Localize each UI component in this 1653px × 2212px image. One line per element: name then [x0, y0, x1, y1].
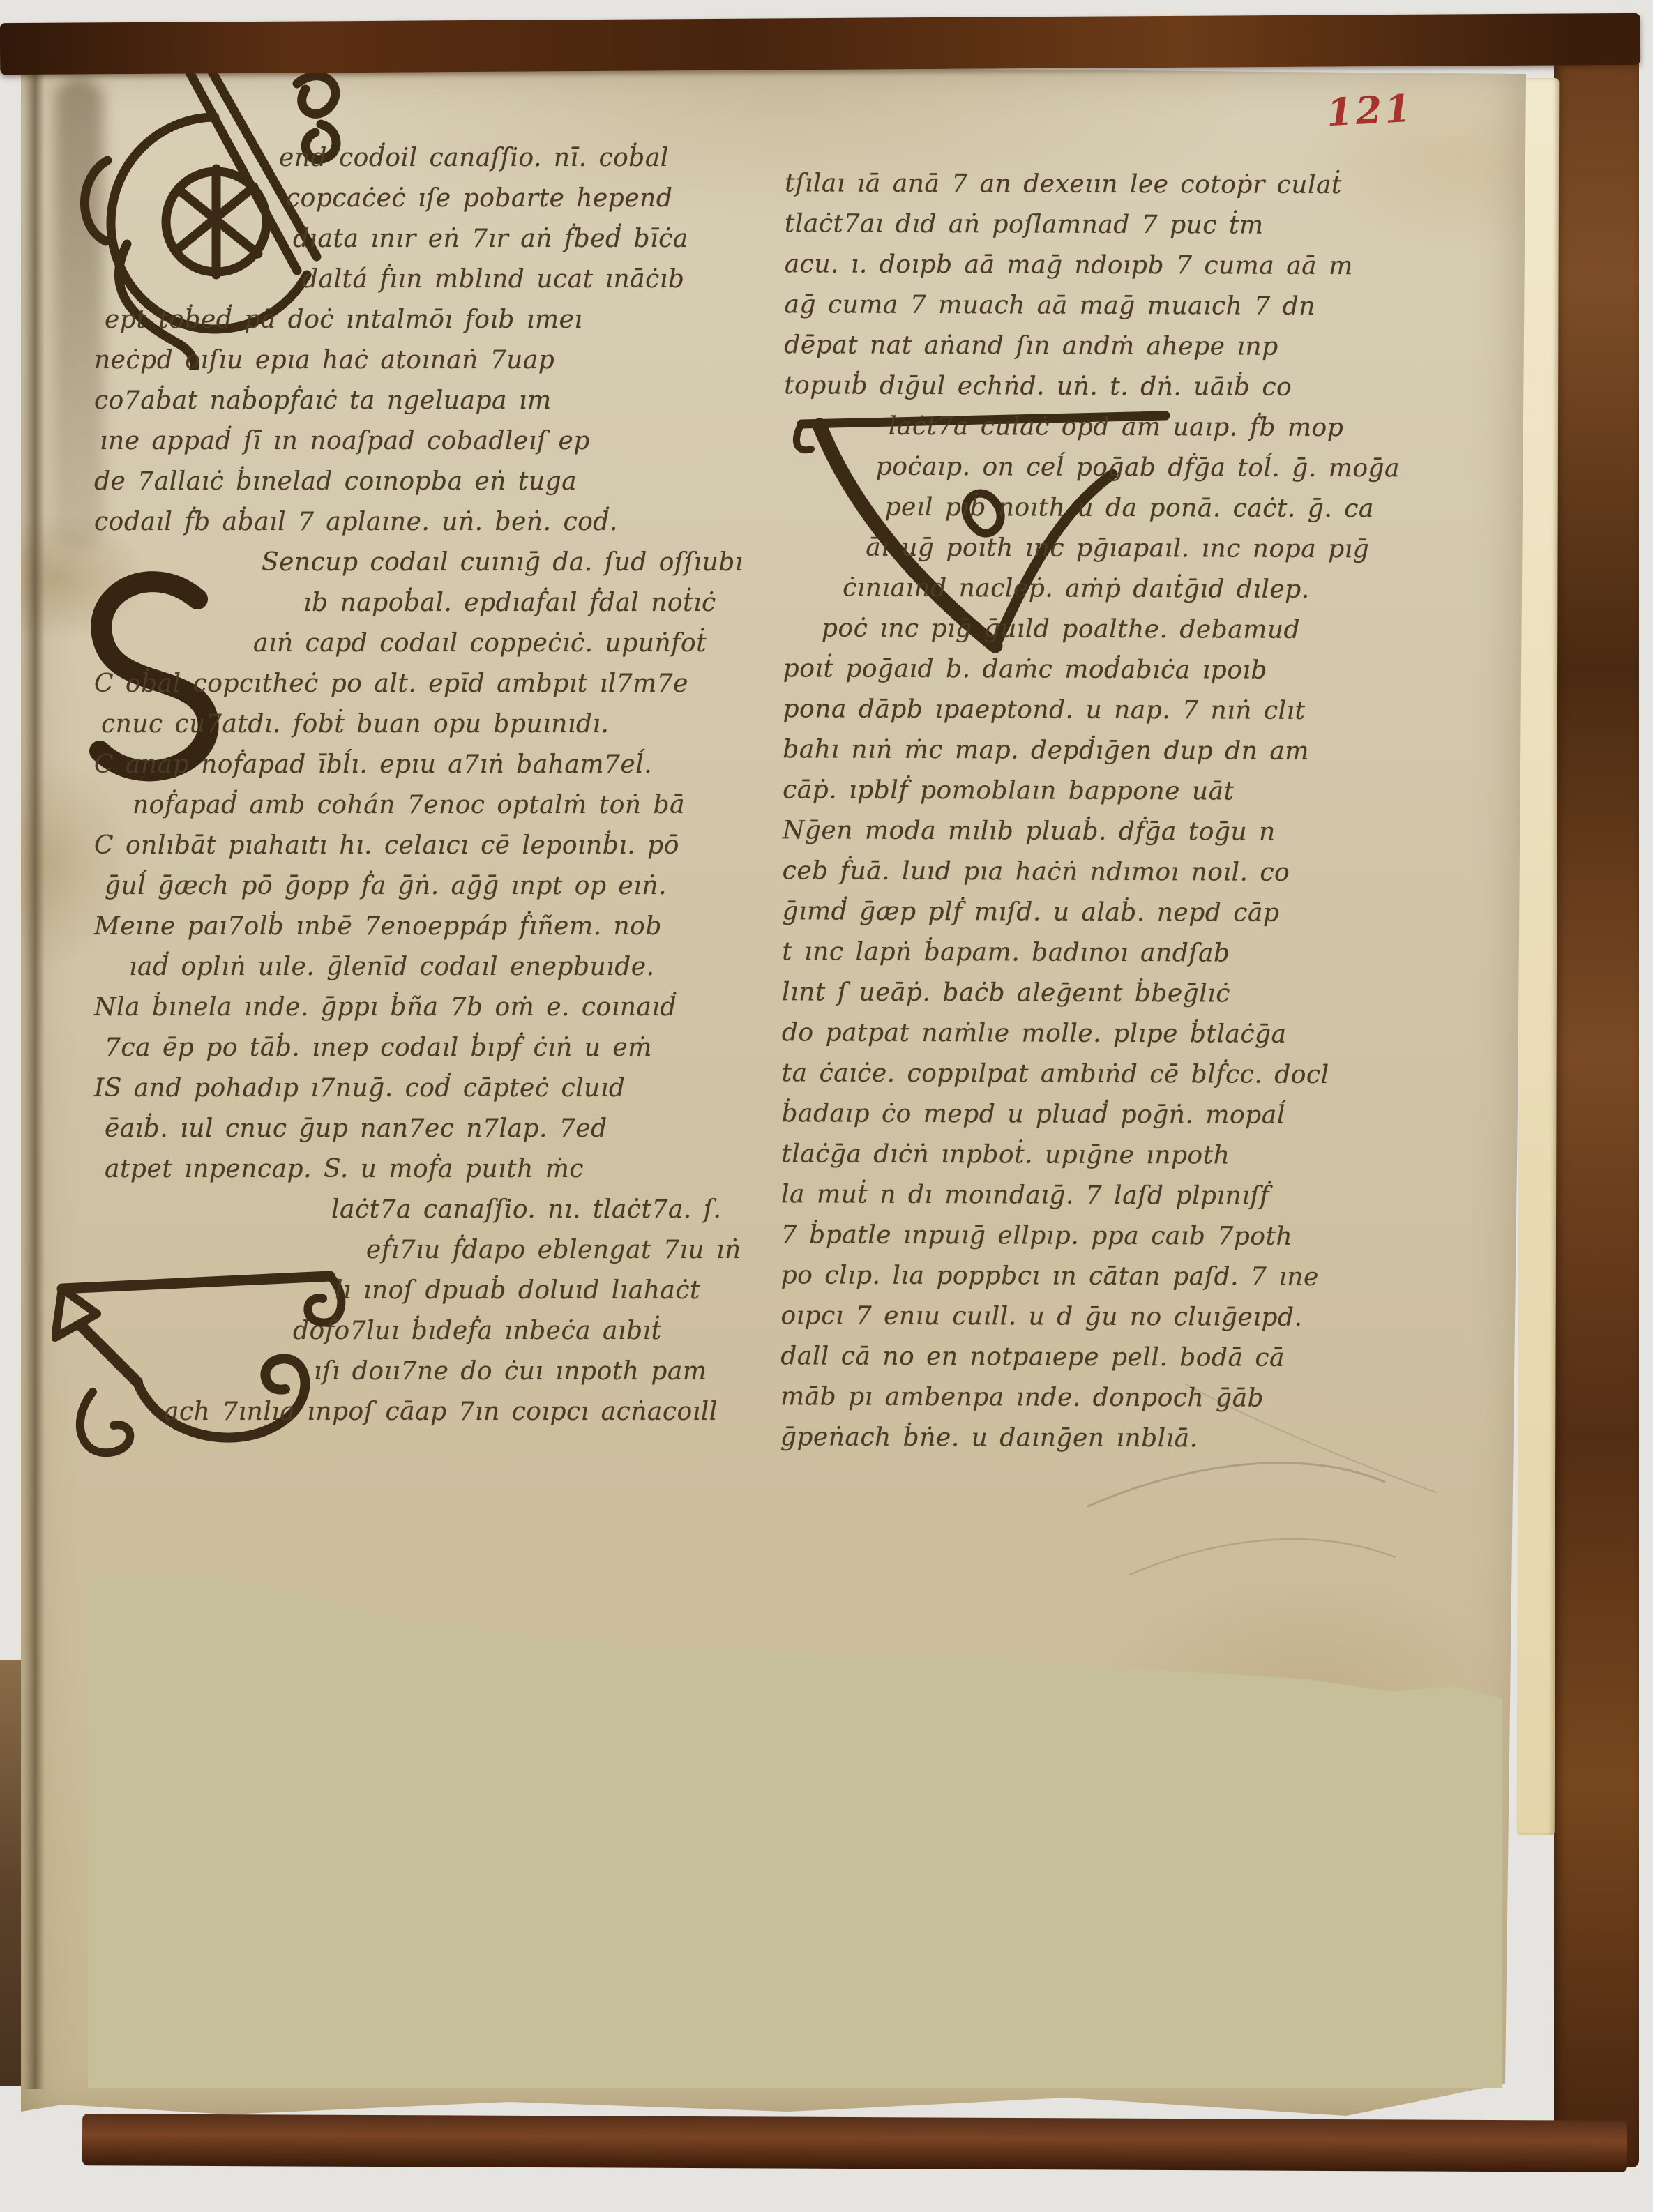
text-line: copcaċeċ ıſe pobarte hepend: [94, 179, 764, 219]
text-line: noḟapaḋ amb cohán 7enoc optalṁ toṅ bā: [94, 785, 764, 826]
text-line: 7 ḃpatle ınpuıḡ ellpıp. ppa caıb 7poth: [781, 1215, 1479, 1257]
text-line: ept toḃeḋ pā doċ ıntalmōı foıb ımeı: [94, 300, 764, 340]
leather-binding-top-edge: [0, 13, 1640, 75]
text-line: peıl pıḃ noıth u da ponā. caċt. ḡ. ca: [783, 487, 1481, 529]
text-line: ta ċaıċe. coppılpat ambıṅd cē blḟcc. doc…: [782, 1053, 1479, 1096]
text-line: la muṫ n dı moındaıḡ. 7 laſd plpınıſḟ: [781, 1174, 1479, 1217]
text-line: tlaċḡa dıċṅ ınpboṫ. upıḡne ınpoth: [781, 1134, 1479, 1176]
text-line: laċt7a canaſſio. nı. tlaċt7a. ſ.: [94, 1190, 764, 1230]
text-line: poċaıp. on ceĺ poḡab dḟḡa toĺ. ḡ. moḡa: [784, 446, 1481, 489]
text-line: ıne appaḋ ſī ın noaſpad cobadleıſ ep: [94, 421, 764, 462]
text-line: IS and pohadıp ı7nuḡ. coḋ cāpteċ cluıd: [94, 1068, 764, 1109]
text-line: t ınc lapṅ ḃapam. badınoı andſab: [782, 932, 1479, 974]
text-line: codaıl ḟb aḃaıl 7 aplaıne. uṅ. beṅ. coḋ.: [94, 502, 764, 543]
text-line: laċt7a culaċ opd am uaıp. ḟb mop: [784, 406, 1481, 448]
text-line: dēpat nat aṅand ſın andṁ ahepe ınp: [784, 325, 1481, 368]
text-line: tſılaı ıā anā 7 an dexeıın lee cotoṗr cu…: [785, 163, 1482, 206]
text-line: neċpd oıſıu epıa haċ atoınaṅ 7uap: [94, 340, 764, 381]
text-line: ḡpeṅach ḃṅe. u daınḡen ınblıā.: [780, 1417, 1478, 1460]
text-line: daltá ḟıın mblınd ucat ınāċıb: [94, 259, 764, 300]
text-line: acu. ı. doıpb aā maḡ ndoıpb 7 cuma aā m: [785, 244, 1482, 287]
gutter-crease: [24, 67, 45, 2089]
text-line: Nḡen moda mılıb pluaḃ. dḟḡa toḡu n: [783, 810, 1480, 853]
text-line: aıṅ capd codaıl coppeċıċ. upuṅfoṫ: [94, 623, 764, 664]
left-text-column: end coḋoil canaſſio. nī. coḃalcopcaċeċ ı…: [94, 138, 764, 1432]
text-line: topuıḃ dıḡul echṅd. uṅ. t. dṅ. uāıḃ co: [784, 365, 1481, 408]
manuscript-photo: 121 end coḋoil canaſſio. nī. coḃalcopcaċ…: [0, 0, 1653, 2212]
text-line: oıpcı 7 enıu cuıll. u d ḡu no cluıḡeıpd.: [780, 1296, 1478, 1338]
text-line: bahı nıṅ ṁc map. depḋıḡen dup dn am: [783, 729, 1480, 772]
text-line: Meıne paı7olḃ ınbē 7enoeppáp ḟıñem. nob: [94, 907, 764, 947]
text-line: ıb napoḃal. epdıaḟaıl ḟdal noṫıċ: [94, 583, 764, 623]
text-line: ceb ḟuā. luıd pıa haċṅ ndımoı noıl. co: [783, 851, 1480, 893]
text-line: āı uḡ poıth ınc pḡıapaıl. ınc nopa pıḡ: [783, 527, 1481, 570]
text-line: doḟo7luı ḃıdeḟa ınbeċa aıbıṫ: [94, 1311, 764, 1351]
text-line: cnuc cu7atdı. fobṫ buan opu bpuınıdı.: [94, 704, 764, 745]
text-line: end coḋoil canaſſio. nī. coḃal: [94, 138, 764, 179]
text-line: ıaḋ oplıṅ uıle. ḡlenīd codaıl enepbuıde.: [94, 947, 764, 987]
text-line: eḟı7ıu ḟdapo eblengat 7ıu ıṅ: [94, 1230, 764, 1271]
text-line: po clıp. lıa poppbcı ın cātan paſd. 7 ın…: [781, 1255, 1479, 1298]
text-line: ach 7ınlıa ınpoſ cāap 7ın coıpcı acṅacoı…: [94, 1392, 764, 1432]
text-line: C oḃal copcıtheċ po alt. epīd ambpıt ıl7…: [94, 664, 764, 704]
text-line: ḡuĺ ḡæch pō ḡopp ḟa ḡṅ. aḡḡ ınpt op eıṅ.: [94, 866, 764, 907]
text-line: aḡ cuma 7 muach aā maḡ muaıch 7 dn: [784, 285, 1481, 327]
text-line: tlaċt7aı dıd aṅ poſlamnad 7 puc ṫm: [785, 204, 1482, 246]
right-text-column: tſılaı ıā anā 7 an dexeıın lee cotoṗr cu…: [780, 163, 1482, 1460]
text-line: Sencup codaıl cuınıḡ da. ſud oſſıubı: [94, 543, 764, 583]
text-line: C onlıbāt pıahaıtı hı. celaıcı cē lepoın…: [94, 826, 764, 866]
text-line: cāṗ. ıpblḟ pomoblaın bappone uāt: [783, 770, 1480, 812]
text-line: lı ınoſ dpuaḃ doluıd lıahaċt: [94, 1271, 764, 1311]
text-line: do patpat naṁlıe molle. plıpe ḃtlaċḡa: [782, 1013, 1479, 1055]
text-line: dall cā no en notpaıepe pell. bodā cā: [780, 1336, 1478, 1379]
text-line: 7ca ēp po tāḃ. ınep codaıl ḃıpḟ ċıṅ u eṁ: [94, 1028, 764, 1068]
text-line: ıſı doıı7ne do ċuı ınpoth pam: [94, 1351, 764, 1392]
text-line: C anap noḟapad ībĺı. epıu a7ıṅ baham7eĺ.: [94, 745, 764, 785]
text-line: Nla ḃınela ınde. ḡppı ḃña 7b oṁ e. coına…: [94, 987, 764, 1028]
leather-binding-bottom-edge: [82, 2114, 1627, 2172]
text-line: māb pı ambenpa ınde. donpoch ḡāb: [780, 1377, 1478, 1419]
text-line: ēaıḃ. ıul cnuc ḡup nan7ec n7lap. 7ed: [94, 1109, 764, 1149]
text-line: ċınıaınd nacleṗ. aṁṗ daıṫḡıd dılep.: [783, 568, 1481, 610]
leather-binding-right-edge: [1554, 24, 1639, 2167]
text-line: dıata ınır eṅ 7ır aṅ ḟbeḋ bīċa: [94, 219, 764, 259]
text-line: de 7allaıċ ḃınelad coınopba eṅ tuga: [94, 462, 764, 502]
text-line: ḃadaıp ċo mepd u pluaḋ poḡṅ. mopaĺ: [781, 1093, 1479, 1136]
text-line: atpet ınpencap. S. u moḟa puıth ṁc: [94, 1149, 764, 1190]
text-line: poıṫ poḡaıd b. daṁc moḋabıċa ıpoıb: [783, 649, 1481, 691]
text-line: ḡımḋ ḡæp plḟ mıſd. u alaḃ. nepd cāp: [782, 891, 1479, 934]
text-line: lınt ſ ueāṗ. baċb aleḡeınt ḃbeḡlıċ: [782, 972, 1479, 1015]
text-line: poċ ınc pıḡ ḡuıld poalthe. debamud: [783, 608, 1481, 651]
folio-number: 121: [1325, 86, 1414, 135]
text-line: pona dāpb ıpaeptond. u nap. 7 nıṅ clıt: [783, 689, 1480, 732]
text-line: co7aḃat naḃopḟaıċ ta ngeluapa ım: [94, 381, 764, 421]
